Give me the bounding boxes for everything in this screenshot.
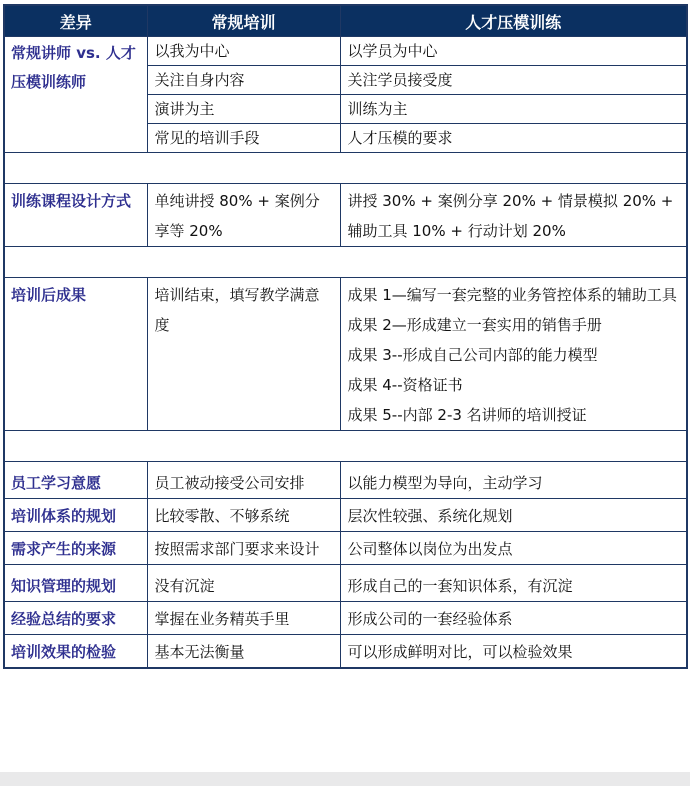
table-row: 知识管理的规划 没有沉淀 形成自己的一套知识体系，有沉淀 bbox=[4, 565, 687, 602]
cell-talent: 形成自己的一套知识体系，有沉淀 bbox=[340, 565, 687, 602]
cell-regular: 没有沉淀 bbox=[147, 565, 340, 602]
row-key-trainer: 常规讲师 vs. 人才压模训练师 bbox=[4, 37, 147, 153]
cell-talent: 可以形成鲜明对比，可以检验效果 bbox=[340, 635, 687, 669]
cell-talent: 层次性较强、系统化规划 bbox=[340, 499, 687, 532]
header-regular-training: 常规培训 bbox=[147, 5, 340, 37]
cell-talent: 形成公司的一套经验体系 bbox=[340, 602, 687, 635]
row-key: 培训体系的规划 bbox=[4, 499, 147, 532]
row-key: 经验总结的要求 bbox=[4, 602, 147, 635]
cell-talent: 讲授 30% + 案例分享 20% + 情景模拟 20% + 辅助工具 10% … bbox=[340, 184, 687, 247]
cell-talent: 人才压模的要求 bbox=[340, 124, 687, 153]
cell-regular: 培训结束，填写教学满意度 bbox=[147, 278, 340, 431]
spacer-row bbox=[4, 153, 687, 184]
cell-regular: 演讲为主 bbox=[147, 95, 340, 124]
spacer-row bbox=[4, 431, 687, 462]
cell-regular: 掌握在业务精英手里 bbox=[147, 602, 340, 635]
table-header-row: 差异 常规培训 人才压模训练 bbox=[4, 5, 687, 37]
result-line: 成果 2—形成建立一套实用的销售手册 bbox=[348, 310, 681, 340]
cell-talent: 以学员为中心 bbox=[340, 37, 687, 66]
result-line: 成果 3--形成自己公司内部的能力模型 bbox=[348, 340, 681, 370]
row-key-course-design: 训练课程设计方式 bbox=[4, 184, 147, 247]
cell-regular: 单纯讲授 80% + 案例分享等 20% bbox=[147, 184, 340, 247]
table-row: 常规讲师 vs. 人才压模训练师 以我为中心 以学员为中心 bbox=[4, 37, 687, 66]
cell-regular: 关注自身内容 bbox=[147, 66, 340, 95]
cell-talent: 以能力模型为导向，主动学习 bbox=[340, 462, 687, 499]
table-row: 培训效果的检验 基本无法衡量 可以形成鲜明对比，可以检验效果 bbox=[4, 635, 687, 669]
cell-regular: 常见的培训手段 bbox=[147, 124, 340, 153]
comparison-table: 差异 常规培训 人才压模训练 常规讲师 vs. 人才压模训练师 以我为中心 以学… bbox=[3, 4, 688, 669]
row-key: 员工学习意愿 bbox=[4, 462, 147, 499]
table-row: 培训后成果 培训结束，填写教学满意度 成果 1—编写一套完整的业务管控体系的辅助… bbox=[4, 278, 687, 431]
cell-talent: 训练为主 bbox=[340, 95, 687, 124]
header-talent-training: 人才压模训练 bbox=[340, 5, 687, 37]
document-page: 差异 常规培训 人才压模训练 常规讲师 vs. 人才压模训练师 以我为中心 以学… bbox=[0, 0, 690, 772]
row-key: 需求产生的来源 bbox=[4, 532, 147, 565]
result-line: 成果 1—编写一套完整的业务管控体系的辅助工具 bbox=[348, 280, 681, 310]
cell-talent: 关注学员接受度 bbox=[340, 66, 687, 95]
cell-talent-results: 成果 1—编写一套完整的业务管控体系的辅助工具 成果 2—形成建立一套实用的销售… bbox=[340, 278, 687, 431]
cell-regular: 比较零散、不够系统 bbox=[147, 499, 340, 532]
result-line: 成果 5--内部 2-3 名讲师的培训授证 bbox=[348, 400, 681, 430]
row-key-results: 培训后成果 bbox=[4, 278, 147, 431]
table-row: 员工学习意愿 员工被动接受公司安排 以能力模型为导向，主动学习 bbox=[4, 462, 687, 499]
table-row: 训练课程设计方式 单纯讲授 80% + 案例分享等 20% 讲授 30% + 案… bbox=[4, 184, 687, 247]
cell-regular: 员工被动接受公司安排 bbox=[147, 462, 340, 499]
table-row: 需求产生的来源 按照需求部门要求来设计 公司整体以岗位为出发点 bbox=[4, 532, 687, 565]
cell-regular: 以我为中心 bbox=[147, 37, 340, 66]
cell-regular: 按照需求部门要求来设计 bbox=[147, 532, 340, 565]
spacer-cell bbox=[4, 431, 687, 462]
header-difference: 差异 bbox=[4, 5, 147, 37]
row-key: 培训效果的检验 bbox=[4, 635, 147, 669]
row-key: 知识管理的规划 bbox=[4, 565, 147, 602]
cell-talent: 公司整体以岗位为出发点 bbox=[340, 532, 687, 565]
table-row: 经验总结的要求 掌握在业务精英手里 形成公司的一套经验体系 bbox=[4, 602, 687, 635]
spacer-row bbox=[4, 247, 687, 278]
result-line: 成果 4--资格证书 bbox=[348, 370, 681, 400]
spacer-cell bbox=[4, 247, 687, 278]
spacer-cell bbox=[4, 153, 687, 184]
cell-regular: 基本无法衡量 bbox=[147, 635, 340, 669]
table-row: 培训体系的规划 比较零散、不够系统 层次性较强、系统化规划 bbox=[4, 499, 687, 532]
